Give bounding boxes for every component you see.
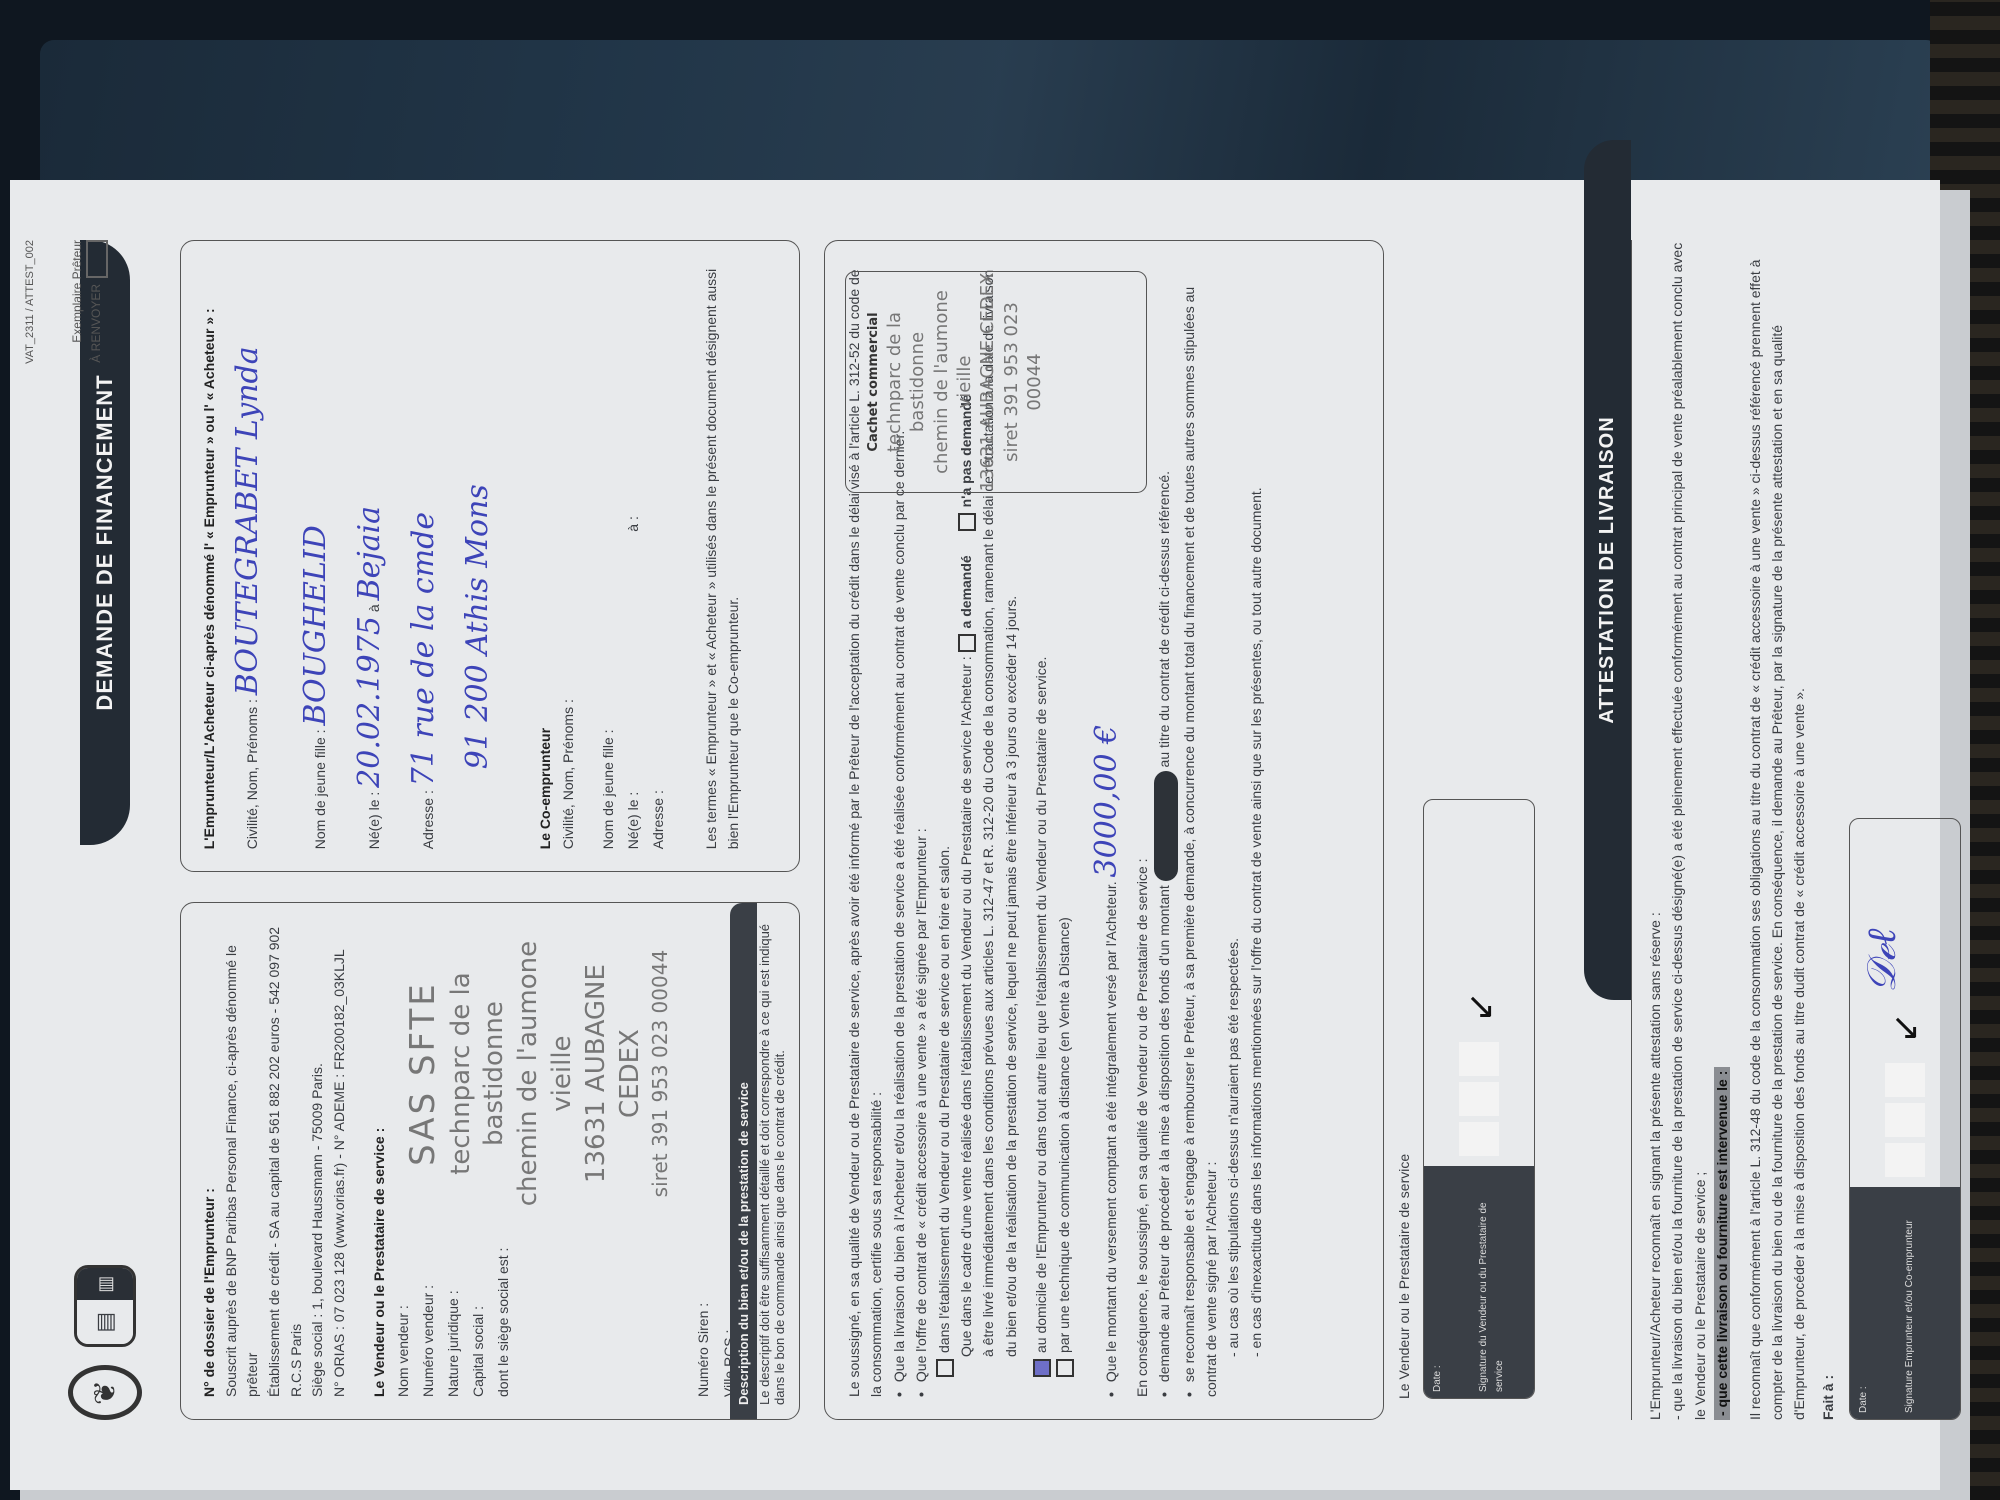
borrower-name-field[interactable]: BOUTEGRABET Lynda xyxy=(230,346,265,695)
vendor-heading: Le Vendeur ou le Prestataire de service … xyxy=(369,925,391,1397)
vendor-stamp: SAS SFTE technparc de la bastidonne chem… xyxy=(401,925,674,1222)
envelope-icon xyxy=(86,240,108,278)
document-page-rotated: VAT_2311 / ATTEST_002 Exemplaire Prêteur… xyxy=(10,180,1940,1490)
arrow-icon: ↙ xyxy=(1850,1003,1960,1053)
parties-row: N° de dossier de l'Emprunteur : Souscrit… xyxy=(180,240,800,1420)
leaf-logo-icon: ❦ xyxy=(68,1365,142,1420)
checkbox-distance[interactable] xyxy=(1056,1359,1074,1377)
redacted-amount xyxy=(1154,771,1178,881)
checkbox-domicile[interactable] xyxy=(1033,1359,1051,1377)
arrow-icon: ↙ xyxy=(1424,982,1534,1032)
amount-field[interactable]: 3000,00 € xyxy=(1089,725,1124,878)
description-bar: Description du bien et/ou de la prestati… xyxy=(730,903,757,1419)
borrower-signature: 𝒟ℯℓ xyxy=(1850,929,1960,1003)
document-icon: ▤ xyxy=(77,1300,133,1344)
date-boxes[interactable] xyxy=(1424,1032,1534,1166)
co-civility-field[interactable]: Civilité, Nom, Prénoms : xyxy=(556,263,581,849)
birth-date-field[interactable]: 20.02.1975 xyxy=(352,616,387,788)
date-boxes[interactable] xyxy=(1850,1053,1960,1187)
certification-box: Le soussigné, en sa qualité de Vendeur o… xyxy=(824,240,1384,1420)
document-reference: VAT_2311 / ATTEST_002 xyxy=(24,240,36,364)
attestation-title: ATTESTATION DE LIVRAISON xyxy=(1584,140,1631,1000)
badge-group: ▤ ▥ xyxy=(74,1265,136,1347)
archive-icon: ▥ xyxy=(77,1268,133,1300)
lender-vendor-box: N° de dossier de l'Emprunteur : Souscrit… xyxy=(180,902,800,1420)
maiden-name-field[interactable]: BOUGHELID xyxy=(298,525,333,725)
birth-place-field[interactable]: Bejaia xyxy=(352,506,387,600)
dossier-label: N° de dossier de l'Emprunteur : xyxy=(199,925,221,1397)
co-address-field[interactable]: Adresse : xyxy=(646,263,671,849)
document-page: VAT_2311 / ATTEST_002 Exemplaire Prêteur… xyxy=(10,180,1940,1490)
description-text: Le descriptif doit être suffisamment dét… xyxy=(757,903,787,1405)
address-line1-field[interactable]: 71 rue de la cmde xyxy=(406,512,441,786)
copy-label: Exemplaire Prêteur À RENVOYER xyxy=(70,240,108,363)
checkbox-a-demande[interactable] xyxy=(958,634,976,652)
vendor-signature-area[interactable]: Le Vendeur ou le Prestataire de service … xyxy=(1393,799,1543,1399)
header: ❦ ▤ ▥ DEMANDE DE FINANCEMENT xyxy=(50,240,160,1420)
address-line2-field[interactable]: 91 200 Athis Mons xyxy=(460,484,495,769)
borrower-signature-area[interactable]: Date :Signature Emprunteur et/ou Co-empr… xyxy=(1849,818,1961,1420)
borrower-box: L'Emprunteur/L'Acheteur ci-après dénommé… xyxy=(180,240,800,872)
co-birth-field[interactable]: Né(e) le :à : xyxy=(621,263,646,849)
checkbox-na-pas-demande[interactable] xyxy=(958,513,976,531)
checkbox-salon[interactable] xyxy=(936,1359,954,1377)
fait-a-field[interactable]: Fait à : xyxy=(1817,240,1839,1420)
co-maiden-field[interactable]: Nom de jeune fille : xyxy=(596,263,621,849)
cachet-box: Cachet commercial technparc de la bastid… xyxy=(845,271,1147,493)
attestation-box: L'Emprunteur/Acheteur reconnaît en signa… xyxy=(1631,240,2000,1420)
